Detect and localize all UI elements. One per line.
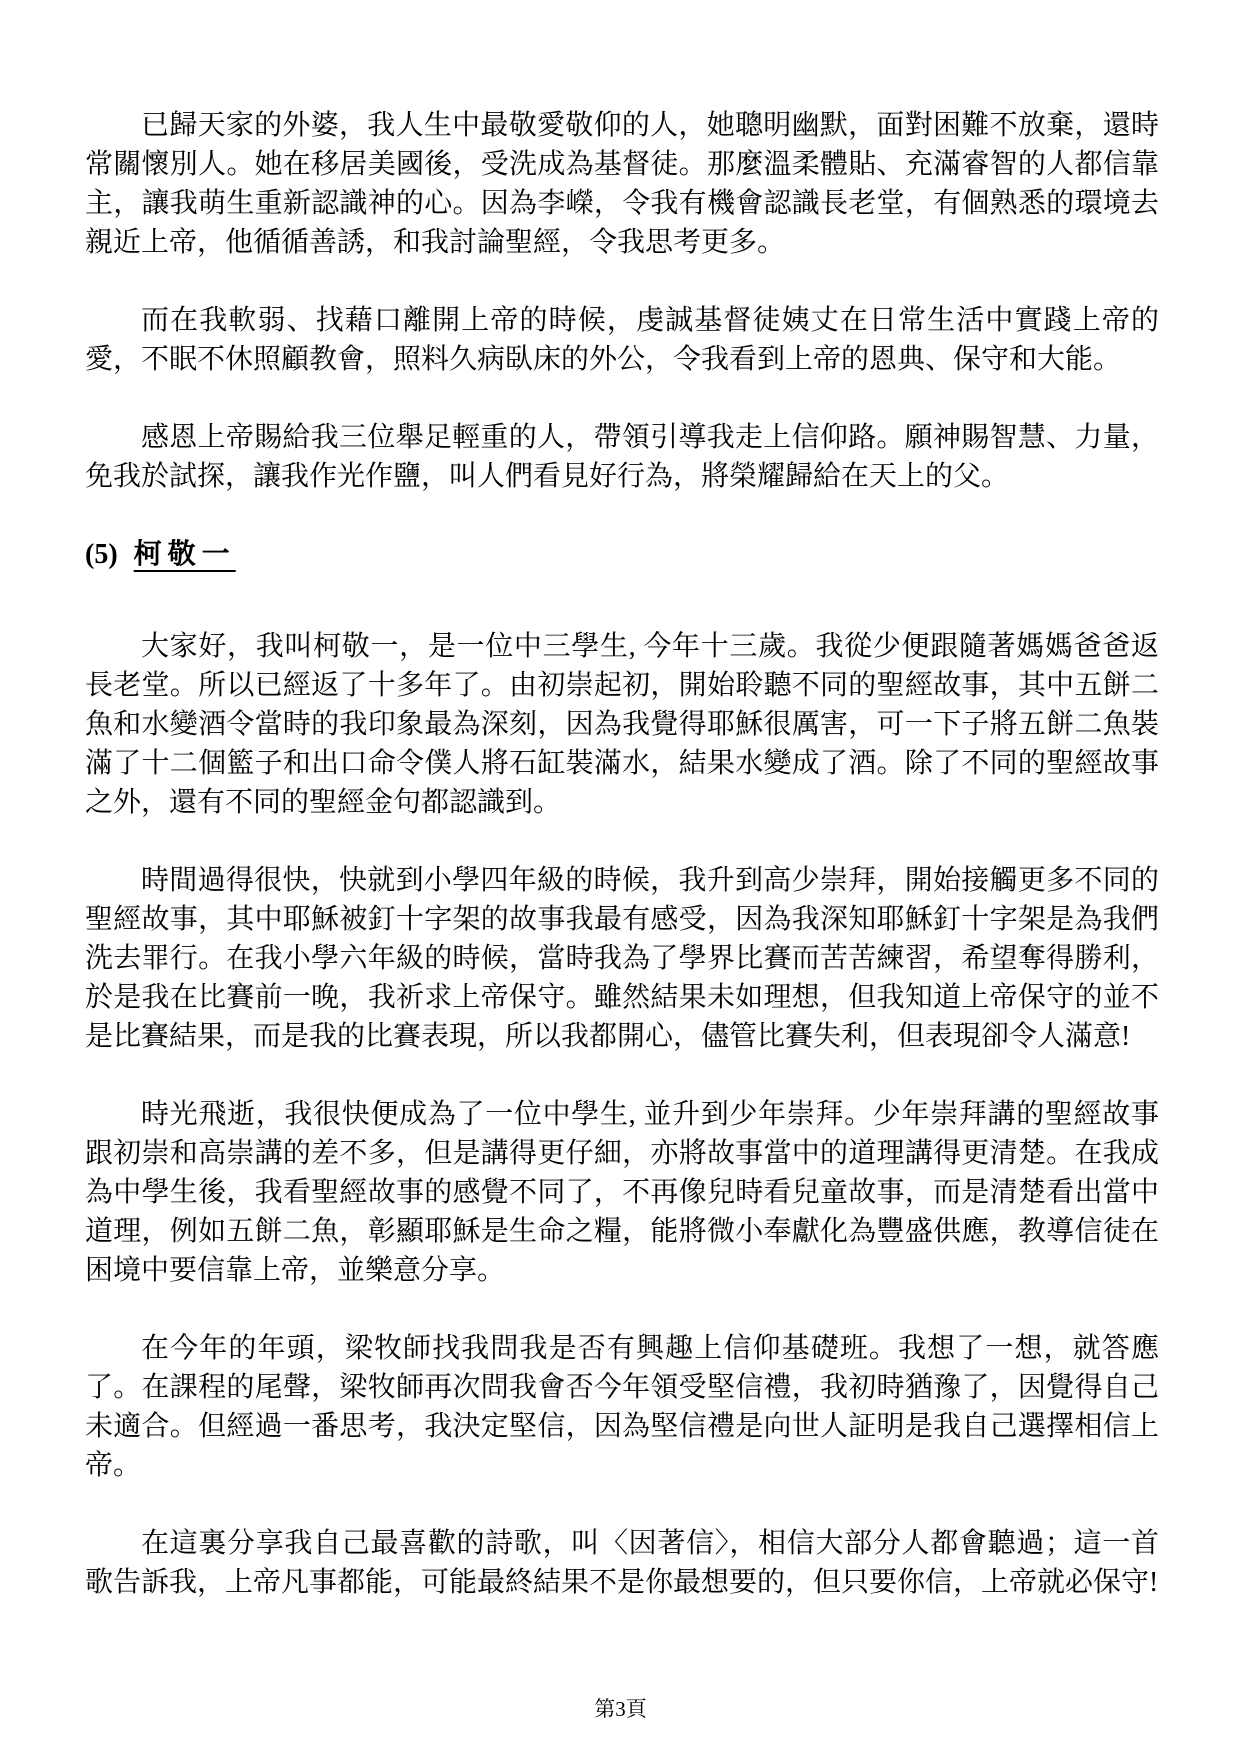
page-footer: 第3頁 bbox=[0, 1697, 1241, 1721]
section-heading: (5)柯敬一 bbox=[85, 535, 1159, 574]
paragraph: 在今年的年頭，梁牧師找我問我是否有興趣上信仰基礎班。我想了一想，就答應了。在課程… bbox=[85, 1329, 1159, 1485]
paragraph: 大家好，我叫柯敬一，是一位中三學生, 今年十三歲。我從少便跟隨著媽媽爸爸返長老堂… bbox=[85, 627, 1159, 822]
document-page: 已歸天家的外婆，我人生中最敬愛敬仰的人，她聰明幽默，面對困難不放棄，還時常關懷別… bbox=[0, 0, 1241, 1755]
paragraph: 時光飛逝，我很快便成為了一位中學生, 並升到少年崇拜。少年崇拜講的聖經故事跟初崇… bbox=[85, 1095, 1159, 1290]
paragraph: 時間過得很快，快就到小學四年級的時候，我升到高少崇拜，開始接觸更多不同的聖經故事… bbox=[85, 861, 1159, 1056]
section-number: (5) bbox=[85, 539, 118, 570]
paragraph: 而在我軟弱、找藉口離開上帝的時候，虔誠基督徒姨丈在日常生活中實踐上帝的愛，不眠不… bbox=[85, 301, 1159, 379]
document-body: 已歸天家的外婆，我人生中最敬愛敬仰的人，她聰明幽默，面對困難不放棄，還時常關懷別… bbox=[85, 106, 1159, 1602]
paragraph: 感恩上帝賜給我三位舉足輕重的人，帶領引導我走上信仰路。願神賜智慧、力量，免我於試… bbox=[85, 418, 1159, 496]
section-title: 柯敬一 bbox=[134, 539, 236, 570]
paragraph: 已歸天家的外婆，我人生中最敬愛敬仰的人，她聰明幽默，面對困難不放棄，還時常關懷別… bbox=[85, 106, 1159, 262]
paragraph: 在這裏分享我自己最喜歡的詩歌，叫〈因著信〉，相信大部分人都會聽過；這一首歌告訴我… bbox=[85, 1524, 1159, 1602]
page-number: 第3頁 bbox=[594, 1697, 647, 1721]
